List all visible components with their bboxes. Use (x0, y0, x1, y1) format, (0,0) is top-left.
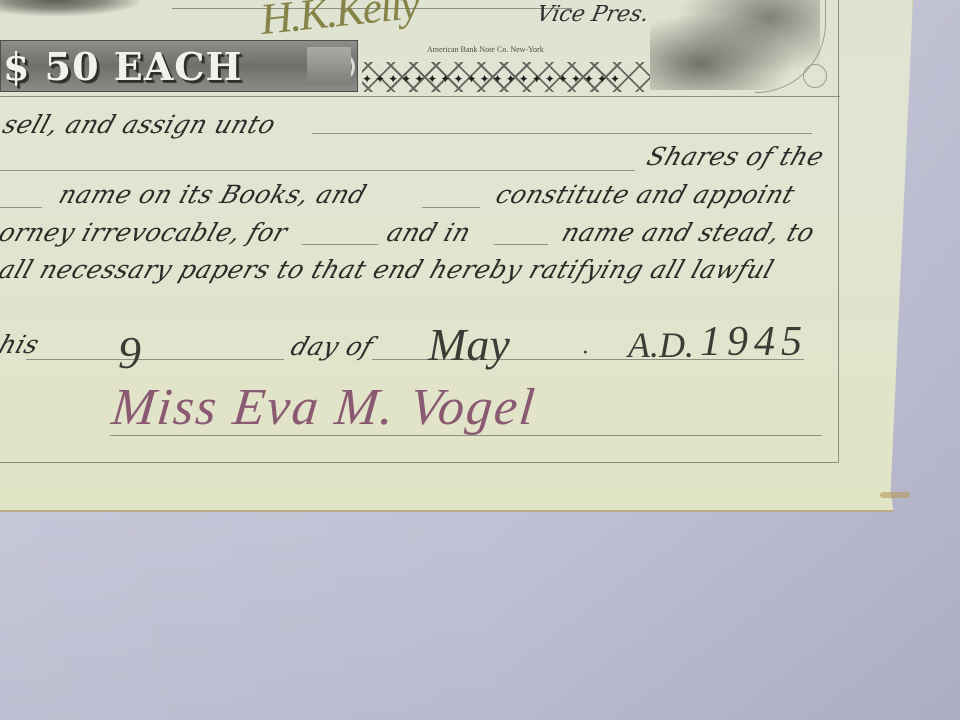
handwritten-month: May (428, 318, 510, 371)
shares-count-line (0, 170, 635, 171)
paper-edge-stain (880, 492, 910, 498)
text-constitute-appoint: constitute and appoint (492, 180, 798, 209)
text-attorney-irrevocable: orney irrevocable, for (0, 218, 291, 247)
assignor-signature: Miss Eva M. Vogel (109, 378, 539, 437)
text-and-in: and in (383, 218, 474, 247)
text-ad: A.D. (628, 324, 694, 366)
day-line (26, 359, 284, 360)
assignee-line (312, 133, 812, 134)
text-name-on-books: name on its Books, and (55, 180, 370, 209)
handwritten-day: 9 (118, 326, 141, 379)
period-mark: · (582, 340, 588, 367)
handwritten-year: 1945 (700, 318, 808, 366)
blank-line-pronoun-4 (494, 244, 548, 245)
text-shares-of-the: Shares of the (643, 142, 828, 171)
stock-certificate: H.K.Kelly Vice Pres. American Bank Note … (0, 0, 914, 512)
text-necessary-papers: all necessary papers to that end hereby … (0, 255, 778, 284)
blank-line-pronoun-3 (302, 244, 378, 245)
blank-line-pronoun-2 (422, 207, 480, 208)
blank-line-pronoun-1 (0, 207, 42, 208)
text-sell-assign-unto: sell, and assign unto (0, 110, 280, 139)
text-day-of: day of (287, 332, 377, 361)
text-name-and-stead: name and stead, to (558, 218, 818, 247)
signature-line (110, 435, 822, 436)
